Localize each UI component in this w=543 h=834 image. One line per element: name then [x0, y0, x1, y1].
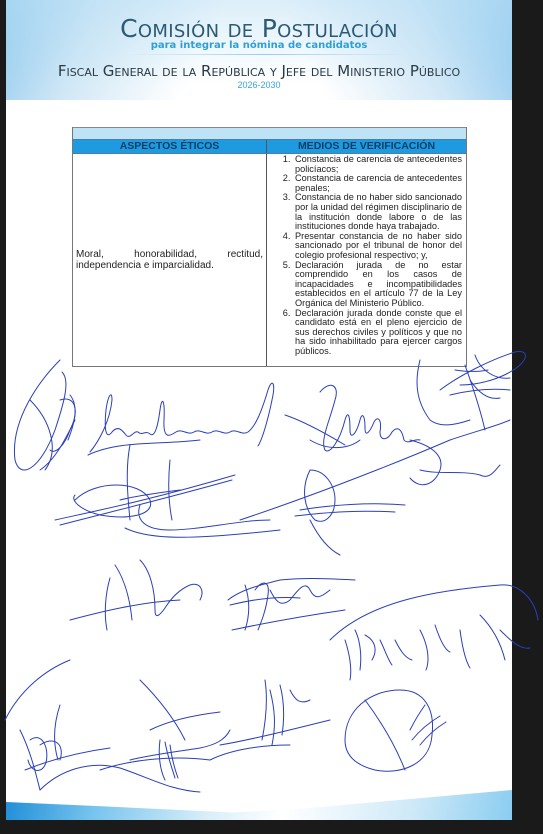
verification-item: Declaración jurada de no estar comprendi… — [293, 261, 462, 309]
office-title: Fiscal General de la República y Jefe de… — [6, 62, 512, 80]
column-header-verification: MEDIOS DE VERIFICACIÓN — [267, 140, 466, 153]
verification-list: Constancia de carencia de antecedentes p… — [267, 155, 462, 356]
header-divider — [126, 54, 406, 55]
commission-title: Comisión de Postulación — [6, 14, 512, 43]
verification-item: Constancia de carencia de antecedentes p… — [293, 174, 462, 193]
ethical-aspect-cell: Moral, honorabilidad, rectitud, independ… — [73, 154, 267, 366]
verification-item: Presentar constancia de no haber sido sa… — [293, 232, 462, 261]
bottom-edge — [0, 820, 543, 834]
column-header-aspects: ASPECTOS ÉTICOS — [73, 140, 267, 153]
commission-subtitle: para integrar la nómina de candidatos — [6, 40, 512, 51]
document-page: Comisión de Postulación para integrar la… — [6, 0, 512, 820]
ethics-table: ASPECTOS ÉTICOS MEDIOS DE VERIFICACIÓN M… — [72, 127, 467, 367]
verification-item: Constancia de no haber sido sancionado p… — [293, 193, 462, 231]
verification-item: Declaración jurada donde conste que el c… — [293, 309, 462, 357]
table-top-band — [73, 127, 466, 139]
period-label: 2026-2030 — [6, 80, 512, 90]
table-header-row: ASPECTOS ÉTICOS MEDIOS DE VERIFICACIÓN — [73, 139, 466, 154]
verification-item: Constancia de carencia de antecedentes p… — [293, 155, 462, 174]
verification-cell: Constancia de carencia de antecedentes p… — [267, 154, 466, 366]
table-row: Moral, honorabilidad, rectitud, independ… — [73, 154, 466, 366]
